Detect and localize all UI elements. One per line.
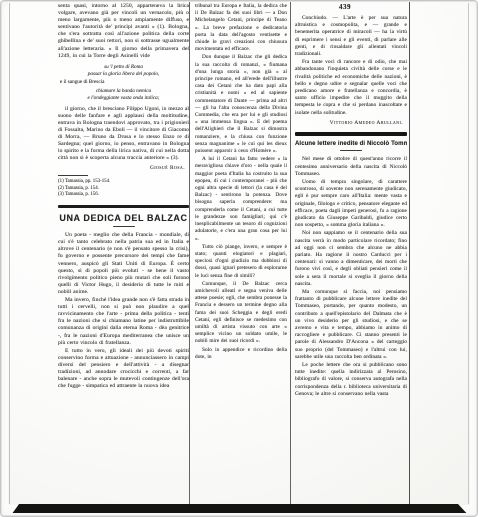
column-middle: tribunal tra Europa e Italia, la dedica …	[195, 3, 287, 506]
paragraph: tribunal tra Europa e Italia, la dedica …	[195, 3, 287, 53]
verse-line: chiamare la banda nemica	[58, 88, 189, 95]
paragraph: Solo in appendice e ricordino della dote…	[195, 347, 287, 361]
paragraph: A lui il Cetani ha fatto vedere « la mer…	[195, 156, 287, 242]
footnotes: (1) Tamassia, pp. 153-154. (2) Tamassia,…	[58, 179, 189, 198]
paragraph: Nel mese di ottobre di quest'anno ricorr…	[295, 156, 407, 178]
title-ornament	[340, 150, 362, 152]
column-divider-1	[189, 2, 190, 505]
verse-line: passar la gloria libera del popolo,	[58, 71, 189, 78]
page-right-edge	[468, 3, 469, 504]
paragraph: Fra tante voci di rancore e di odio, che…	[295, 59, 407, 117]
paragraph: Un poeta - meglio che della Francia - mo…	[58, 232, 189, 296]
column-divider-2	[290, 2, 291, 505]
paragraph: Conchiudo. — L'arte è per sua natura alt…	[295, 15, 407, 58]
paragraph: Uomo di tempra singolare, di carattere s…	[295, 179, 407, 229]
paragraph: Noi non sappiamo se il centenario della …	[295, 230, 407, 288]
scan-shadow-band	[7, 504, 471, 513]
section-rule	[58, 205, 189, 208]
verse-line: e il sangue di Brescia	[60, 79, 189, 86]
footnote: (3) Tamassia, p. 156.	[58, 192, 189, 198]
scanned-page-photo: 439 senta quasi, intorno al 1250, appart…	[0, 0, 478, 517]
author-signature: Giosuè Rosa.	[58, 165, 185, 171]
article-title-tommaseo: Alcune lettere inedite di Niccolò Tommas…	[295, 141, 407, 147]
section-rule	[295, 132, 407, 136]
column-divider-3	[409, 2, 410, 505]
author-signature: Vittorio Amedeo Arullani.	[295, 120, 403, 126]
paragraph: Don dunque il Balzac che gli dedica la s…	[195, 54, 287, 155]
article-title-balzac: UNA DEDICA DEL BALZAC	[58, 213, 189, 223]
column-left: senta quasi, intorno al 1250, appartenev…	[58, 3, 189, 506]
footnote-rule	[58, 175, 88, 176]
paragraph: senta quasi, intorno al 1250, appartenev…	[58, 3, 189, 60]
verse-block: su 'l petto di Roma passar la gloria lib…	[58, 64, 189, 102]
page-left-edge	[9, 3, 10, 504]
paragraph: il giorno, che il bresciano Filippo Ugon…	[58, 106, 189, 163]
column-right: Conchiudo. — L'arte è per sua natura alt…	[295, 3, 407, 506]
paragraph: Tutto ciò piange, invero, e sempre è sta…	[195, 244, 287, 280]
paragraph: Le poche lettere che ora si pubblicano s…	[295, 362, 407, 398]
title-ornament	[113, 226, 135, 228]
verse-line: e l'ondeggiante vasta onda italica;	[58, 95, 189, 102]
paragraph: Ma invero, finché l'idea grande non s'è …	[58, 297, 189, 347]
paragraph: Comunque, il De Balzac cerca amichevoli …	[195, 281, 287, 346]
paragraph: Ma comunque si faccia, noi pensiamo frat…	[295, 289, 407, 361]
paragraph: E tutto in vero, gli ideali dei più devo…	[58, 348, 189, 391]
verse-line: su 'l petto di Roma	[58, 64, 189, 71]
